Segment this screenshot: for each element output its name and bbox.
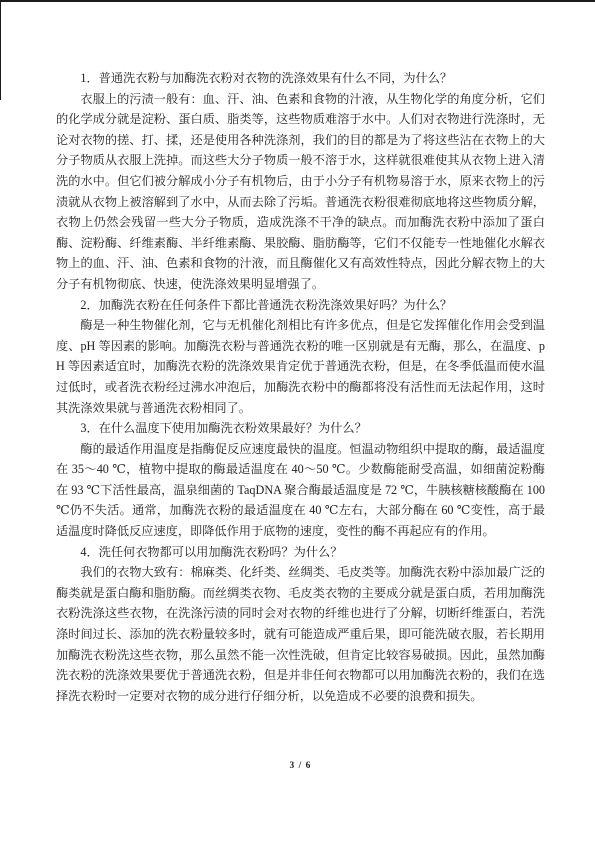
page-left-edge [0,0,1,100]
answer-4: 我们的衣物大致有：棉麻类、化纤类、丝绸类、毛皮类等。加酶洗衣粉中添加最广泛的酶类… [56,562,545,706]
answer-1: 衣服上的污渍一般有：血、汗、油、色素和食物的汁液，从生物化学的角度分析，它们的化… [56,89,545,295]
answer-2: 酶是一种生物催化剂，它与无机催化剂相比有许多优点，但是它发挥催化作用会受到温度、… [56,315,545,418]
document-body: 1．普通洗衣粉与加酶洗衣粉对衣物的洗涤效果有什么不同，为什么？ 衣服上的污渍一般… [56,68,545,706]
answer-3: 酶的最适作用温度是指酶促反应速度最快的温度。恒温动物组织中提取的酶，最适温度在 … [56,439,545,542]
question-2: 2．加酶洗衣粉在任何条件下都比普通洗衣粉洗涤效果好吗？为什么？ [56,295,545,316]
question-1: 1．普通洗衣粉与加酶洗衣粉对衣物的洗涤效果有什么不同，为什么？ [56,68,545,89]
question-4: 4．洗任何衣物都可以用加酶洗衣粉吗？为什么？ [56,542,545,563]
page-number: 3 / 6 [56,761,545,771]
document-page: 1．普通洗衣粉与加酶洗衣粉对衣物的洗涤效果有什么不同，为什么？ 衣服上的污渍一般… [0,0,595,841]
page-top-edge [0,0,595,2]
question-3: 3．在什么温度下使用加酶洗衣粉效果最好？为什么？ [56,418,545,439]
